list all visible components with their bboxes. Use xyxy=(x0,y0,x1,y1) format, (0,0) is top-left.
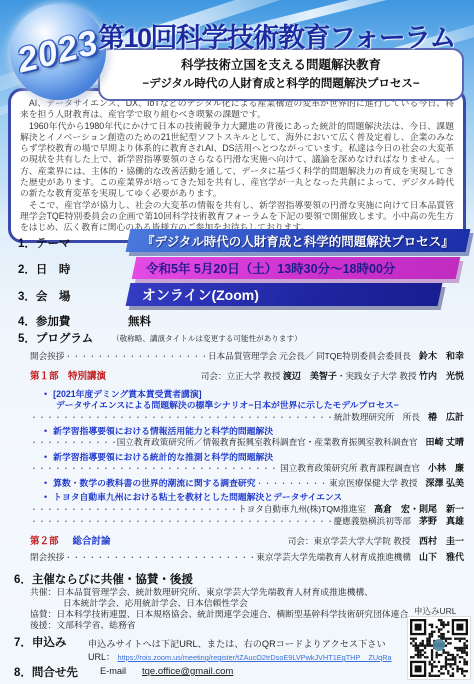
lecture4-affiliation: 東京医療保健大学 教授 xyxy=(329,477,417,489)
lecture1-credit-row: ・・・・・・・・・・・・・・・・・・・・・・・・・・・・・・・・・・・・・・・・… xyxy=(0,410,474,423)
leader-dots: ・・・・・・・・・・・・・・・・・・・・・・・・・・・・・・・・・・・・・・・・… xyxy=(64,552,256,563)
application-url-row: URL： https://rois.zoom.us/meeting/regist… xyxy=(88,650,392,663)
subtitle-line1: 科学技術立国を支える問題解決教育 xyxy=(104,55,458,73)
registration-url-link[interactable]: https://rois.zoom.us/meeting/register/tZ… xyxy=(118,653,392,662)
date-label: 2．日 時 xyxy=(18,261,70,277)
lecture3-credit-row: ・・・・・・・・・・・・・・・・・・・・・・・・・・・・・・・・・・・・・・・・… xyxy=(0,461,474,474)
intro-box: AI、データサイエンス、DX、IoTなどのデジタル化による産業構造の変革が世界的… xyxy=(8,88,466,243)
venue-label: 3．会 場 xyxy=(18,288,70,304)
leader-dots: ・・・・・・・・・・・・・・・・・・・・・・・・・・・・・・・・・・・・・・・・… xyxy=(64,351,208,362)
fee-label: 4．参加費 xyxy=(18,313,70,329)
leader-dots: ・・・・・・・・・・・・・・・・・・・・・・・・・・・・・・・・・・・・・・・・… xyxy=(30,437,117,448)
date-banner: 令和5年 5月20日（土）13時30分〜18時00分 xyxy=(132,257,461,279)
contact-heading: 8．問合せ先 xyxy=(14,664,78,680)
leader-dots: ・・・・・・・・・・・・・・・・・・・・・・・・・・・・・・・・・・・・・・・・… xyxy=(30,463,280,474)
venue-banner-text: オンライン(Zoom) xyxy=(142,285,440,305)
lecture5-speaker-name-b: 茅野 真雄 xyxy=(419,514,464,527)
lecture1-speaker-name: 椿 広計 xyxy=(428,410,464,423)
organizers-line4: 後援：文部科学省、総務省 xyxy=(30,618,136,631)
part1-mc: 司会：立正大学 教授 渡辺 美智子・実践女子大学 教授 竹内 光悦 xyxy=(201,369,464,382)
qr-code-image xyxy=(410,619,468,677)
part1-row: 第１部 特別講演 司会：立正大学 教授 渡辺 美智子・実践女子大学 教授 竹内 … xyxy=(0,368,474,382)
subtitle-line2: −デジタル時代の人財育成と科学的問題解決プロセス− xyxy=(104,75,458,91)
opening-affiliation: 日本品質管理学会 元会長／ 同TQE特別委員会委員長 xyxy=(208,350,411,362)
theme-banner-text: 『デジタル時代の人財育成と科学的問題解決プロセス』 xyxy=(128,232,468,250)
contact-email-link[interactable]: tqe.office@gmail.com xyxy=(142,666,233,677)
fee-value: 無料 xyxy=(128,313,151,329)
part2-label: 第２部 xyxy=(30,533,59,547)
date-banner-text: 令和5年 5月20日（土）13時30分〜18時00分 xyxy=(146,259,458,277)
closing-speaker-name: 山下 雅代 xyxy=(419,550,464,563)
program-label: 5．プログラム xyxy=(18,330,93,346)
lecture3-speaker-name: 小林 廉 xyxy=(428,461,464,474)
program-opening-row: 開会挨拶 ・・・・・・・・・・・・・・・・・・・・・・・・・・・・・・・・・・・… xyxy=(0,349,474,362)
lecture5-credit-row-b: ・・・・・・・・・・・・・・・・・・・・・・・・・・・・・・・・・・・・・・・・… xyxy=(0,514,474,527)
lecture2-affiliation: 国立教育政策研究所／情報教育振興室教科調査官・産業教育振興室教科調査官 xyxy=(117,436,418,448)
email-label: E-mail xyxy=(100,666,126,676)
lecture5-affiliation-b: 慶應義塾横浜初等部 xyxy=(334,515,411,527)
part1-mc-mid: ・実践女子大学 教授 xyxy=(337,371,419,381)
lecture2-credit-row: ・・・・・・・・・・・・・・・・・・・・・・・・・・・・・・・・・・・・・・・・… xyxy=(0,435,474,448)
leader-dots: ・・・・・・・・・・・・・・・・・・・・・・・・・・・・・・・・・・・・・・・・… xyxy=(30,516,334,527)
page-title: 第10回科学技術教育フォーラム xyxy=(98,16,455,55)
leader-dots: ・・・・・・・・・・・・・・・・・・・・・・・・・・・・・・・・・・・・・・・・… xyxy=(30,412,334,423)
url-label: URL： xyxy=(88,652,115,662)
part1-label: 第１部 特別講演 xyxy=(30,368,106,382)
intro-paragraph-2: 1960年代から1980年代にかけて日本の技術競争力大躍進の背後にあった統計的問… xyxy=(20,121,454,200)
part2-mc-name: 西村 圭一 xyxy=(419,536,464,546)
part1-mc-name1: 渡辺 美智子 xyxy=(283,371,337,381)
bullet-icon: • xyxy=(44,492,47,502)
part2-row: 第２部 総合討論 司会：東京学芸大学大学院 教授 西村 圭一 xyxy=(0,533,474,547)
lecture4-speaker-name: 深澤 弘美 xyxy=(425,476,464,489)
theme-banner: 『デジタル時代の人財育成と科学的問題解決プロセス』 xyxy=(126,229,471,252)
application-text: 申込みサイトへは下記URL、または、右のQRコードよりアクセス下さい xyxy=(88,636,386,650)
year-badge-text: 2023 xyxy=(13,23,102,82)
theme-label: 1．テーマ xyxy=(18,235,70,251)
venue-banner: オンライン(Zoom) xyxy=(126,283,443,306)
lecture2-speaker-name: 田崎 丈晴 xyxy=(425,435,464,448)
subtitle-box: 科学技術立国を支える問題解決教育 −デジタル時代の人財育成と科学的問題解決プロセ… xyxy=(98,48,464,101)
intro-paragraph-1: AI、データサイエンス、DX、IoTなどのデジタル化による産業構造の変革が世界的… xyxy=(20,98,454,121)
opening-label: 開会挨拶 xyxy=(30,350,64,362)
lecture4-row: • 算数・数学の教科書の世界的潮流に関する調査研究 ・・・・・・・・・・・・・・… xyxy=(0,476,474,489)
closing-affiliation: 東京学芸大学先端教育人材育成推進機構 xyxy=(256,551,411,563)
part1-mc-prefix: 司会：立正大学 教授 xyxy=(201,371,283,381)
year-badge: 2023 xyxy=(10,4,106,100)
opening-speaker-name: 鈴木 和幸 xyxy=(419,349,464,362)
qr-code xyxy=(407,616,471,680)
bullet-icon: • xyxy=(44,478,47,488)
lecture3-affiliation: 国立教育政策研究所 教育課程調査官 xyxy=(280,462,420,474)
lecture1-affiliation: 統計数理研究所 所長 xyxy=(334,411,420,423)
part1-mc-name2: 竹内 光悦 xyxy=(419,371,464,381)
closing-label: 閉会挨拶 xyxy=(30,551,64,563)
application-heading: 7．申込み xyxy=(14,634,66,650)
part2-mc: 司会：東京学芸大学大学院 教授 西村 圭一 xyxy=(288,534,464,547)
leader-dots: ・・・・・・・・・・・・・・・・・・・・・・・・・・・・・・・・・・・・・・・・… xyxy=(256,478,330,489)
program-note: （敬称略、講演タイトルは変更する可能性があります） xyxy=(112,333,302,344)
program-closing-row: 閉会挨拶 ・・・・・・・・・・・・・・・・・・・・・・・・・・・・・・・・・・・… xyxy=(0,550,474,563)
part2-title: 総合討論 xyxy=(73,533,111,547)
lecture4-title: 算数・数学の教科書の世界的潮流に関する調査研究 xyxy=(53,476,255,489)
part2-mc-prefix: 司会：東京学芸大学大学院 教授 xyxy=(288,536,419,546)
